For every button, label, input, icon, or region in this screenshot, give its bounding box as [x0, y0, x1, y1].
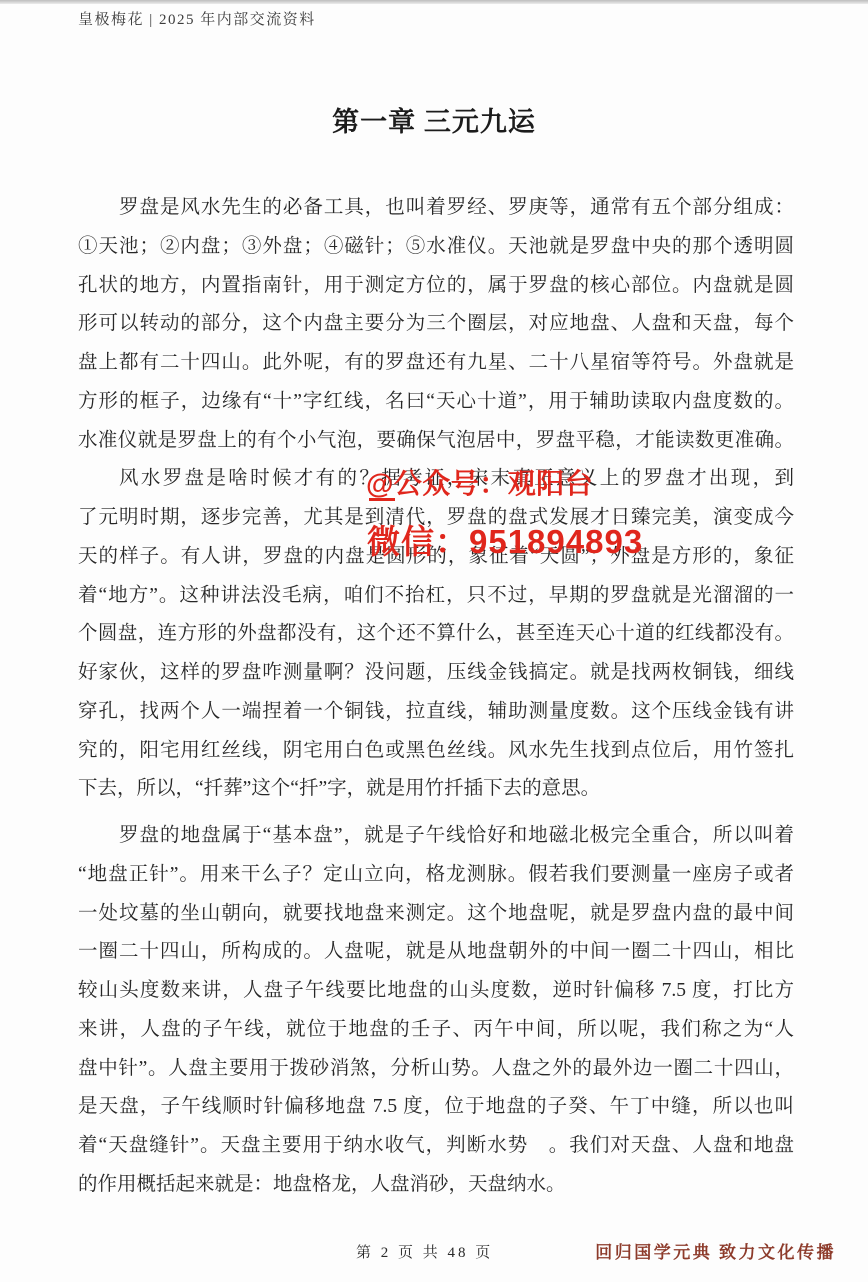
body-line: 方形的框子，边缘有“十”字红线，名曰“天心十道”，用于辅助读取内盘度数的。	[78, 383, 794, 422]
watermark-wechat-account: @公众号：观阳台	[366, 462, 593, 502]
footer-slogan: 回归国学元典 致力文化传播	[595, 1238, 836, 1263]
body-line: 水准仪就是罗盘上的有个小气泡，要确保气泡居中，罗盘平稳，才能读数更准确。	[78, 422, 794, 461]
document-header: 皇极梅花 | 2025 年内部交流资料	[78, 8, 316, 29]
body-line: 个圆盘，连方形的外盘都没有，这个还不算什么，甚至连天心十道的红线都没有。	[78, 615, 794, 654]
paragraph: 罗盘的地盘属于“基本盘”，就是子午线恰好和地磁北极完全重合，所以叫着 “地盘正针…	[78, 817, 794, 1205]
body-line: 究的，阳宅用红丝线，阴宅用白色或黑色丝线。风水先生找到点位后，用竹签扎	[78, 732, 794, 771]
body-line: 好家伙，这样的罗盘咋测量啊？没问题，压线金钱搞定。就是找两枚铜钱，细线	[78, 654, 794, 693]
paragraph: 风水罗盘是啥时候才有的？据考证，宋末真正意义上的罗盘才出现，到 了元明时期，逐步…	[78, 460, 794, 809]
document-page: 皇极梅花 | 2025 年内部交流资料 第一章 三元九运 罗盘是风水先生的必备工…	[0, 0, 868, 1282]
body-line: 孔状的地方，内置指南针，用于测定方位的，属于罗盘的核心部位。内盘就是圆	[78, 267, 794, 306]
watermark-underline	[369, 498, 395, 501]
body-line: 是天盘，子午线顺时针偏移地盘 7.5 度，位于地盘的子癸、午丁中缝，所以也叫	[78, 1088, 794, 1127]
body-line: 较山头度数来讲，人盘子午线要比地盘的山头度数，逆时针偏移 7.5 度，打比方	[78, 972, 794, 1011]
paragraph: 罗盘是风水先生的必备工具，也叫着罗经、罗庚等，通常有五个部分组成： ①天池；②内…	[78, 189, 794, 460]
body-line: 盘中针”。人盘主要用于拨砂消煞，分析山势。人盘之外的最外边一圈二十四山，	[78, 1050, 794, 1089]
body-line: 穿孔，找两个人一端捏着一个铜钱，拉直线，辅助测量度数。这个压线金钱有讲	[78, 693, 794, 732]
watermark-wechat-number: 微信：951894893	[367, 516, 643, 563]
body-line: 盘上都有二十四山。此外呢，有的罗盘还有九星、二十八星宿等符号。外盘就是	[78, 344, 794, 383]
page-number-indicator: 第 2 页 共 48 页	[356, 1241, 493, 1262]
body-text: 罗盘是风水先生的必备工具，也叫着罗经、罗庚等，通常有五个部分组成： ①天池；②内…	[78, 189, 794, 1205]
body-line: 形可以转动的部分，这个内盘主要分为三个圈层，对应地盘、人盘和天盘，每个	[78, 305, 794, 344]
body-line: 来讲，人盘的子午线，就位于地盘的壬子、丙午中间，所以呢，我们称之为“人	[78, 1011, 794, 1050]
body-line: 罗盘的地盘属于“基本盘”，就是子午线恰好和地磁北极完全重合，所以叫着	[78, 817, 794, 856]
body-line: 的作用概括起来就是：地盘格龙，人盘消砂，天盘纳水。	[78, 1166, 794, 1205]
body-line: 着“天盘缝针”。天盘主要用于纳水收气，判断水势 。我们对天盘、人盘和地盘	[78, 1127, 794, 1166]
body-line: 一处坟墓的坐山朝向，就要找地盘来测定。这个地盘呢，就是罗盘内盘的最中间	[78, 895, 794, 934]
body-line: 着“地方”。这种讲法没毛病，咱们不抬杠，只不过，早期的罗盘就是光溜溜的一	[78, 577, 794, 616]
chapter-title: 第一章 三元九运	[0, 100, 868, 139]
page-top-edge	[0, 0, 868, 4]
body-line: ①天池；②内盘；③外盘；④磁针；⑤水准仪。天池就是罗盘中央的那个透明圆	[78, 228, 794, 267]
body-line: 罗盘是风水先生的必备工具，也叫着罗经、罗庚等，通常有五个部分组成：	[78, 189, 794, 228]
body-line: 一圈二十四山，所构成的。人盘呢，就是从地盘朝外的中间一圈二十四山，相比	[78, 933, 794, 972]
body-line: 下去，所以，“扦葬”这个“扦”字，就是用竹扦插下去的意思。	[78, 770, 794, 809]
body-line: “地盘正针”。用来干么子？定山立向，格龙测脉。假若我们要测量一座房子或者	[78, 856, 794, 895]
